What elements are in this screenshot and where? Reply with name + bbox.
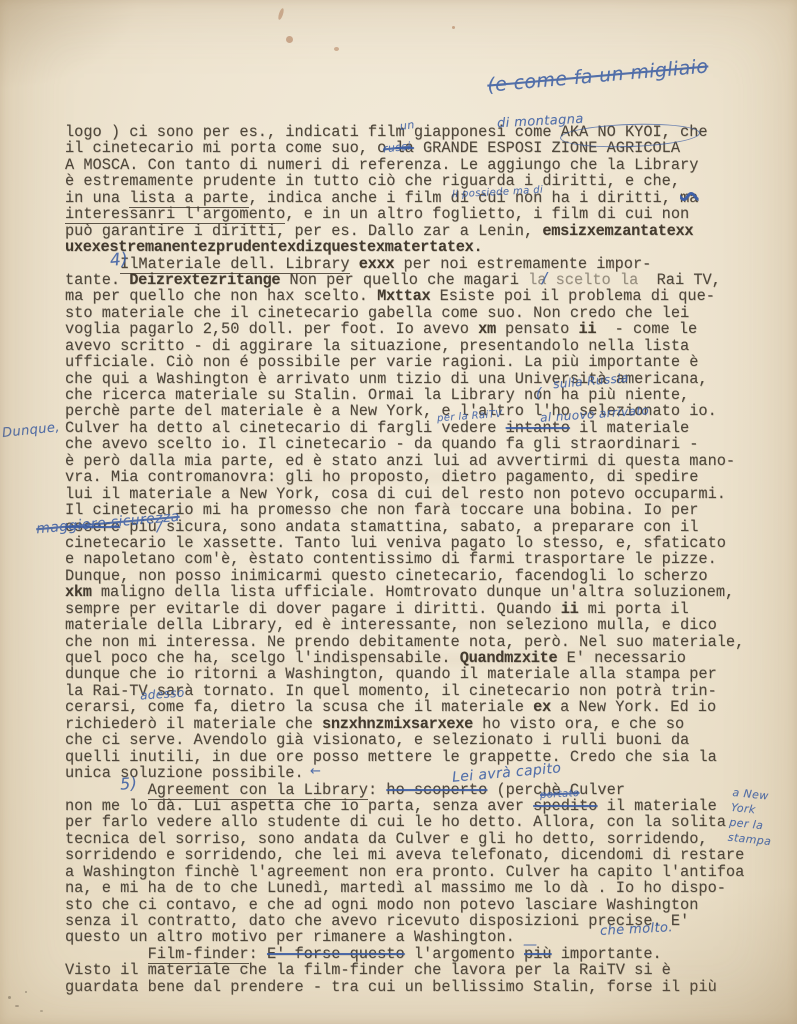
handwritten-note: 4) [109,248,130,273]
typed-segment: in una [65,189,129,207]
typed-line: sempre per evitarle di dover pagare i di… [65,601,775,617]
handwritten-note: — [523,936,537,955]
handwritten-note: / [542,268,547,288]
typed-segment: ma [680,189,698,207]
handwritten-note: portato [540,787,580,803]
typed-line: non me lo dà. Lui aspetta che io parta, … [65,798,775,814]
speck-stain [15,1005,19,1007]
typed-segment: dunque che io ritorni a Washington, quan… [65,665,717,683]
typed-segment: senza il contratto, dato che avevo ricev… [65,912,689,930]
typed-line: na, e mi ha de to che Lunedì, martedì al… [65,880,775,896]
typed-line: unica soluzione possibile. [65,765,775,781]
typed-line: xkm maligno della lista ufficiale. Homtr… [65,584,775,600]
typed-line: che avevo scelto io. Il cinetecario - da… [65,436,775,452]
typed-segment: ufficiale. Ciò non é possibile per varie… [65,353,698,371]
typed-line: ufficiale. Ciò non é possibile per varie… [65,354,775,370]
typed-line: tecnica del sorriso, sono andata da Culv… [65,831,775,847]
typed-segment: pensato [496,320,579,338]
typed-line: per farlo vedere allo studente di cui le… [65,814,775,830]
typed-segment: ma per quello che non hax scelto. [65,287,377,305]
typed-segment: cinetecario le xassette. Tanto lui veniv… [65,534,726,552]
speck-stain [40,1010,43,1012]
typed-segment: Mxttax [377,287,430,305]
typed-line: ma per quello che non hax scelto. Mxttax… [65,288,775,304]
typed-segment: cerarsi, come fa, dietro la scusa che il… [65,698,533,716]
typed-line: Film-finder: E' forse questo l'argomento… [65,946,775,962]
typed-segment: sempre per evitarle di dover pagare i di… [65,600,561,618]
typed-line: cerarsi, come fa, dietro la scusa che il… [65,699,775,715]
typed-segment: il cinetecario mi porta come suo, o [65,139,395,157]
typed-line: che qui a Washington è arrivato unm tizi… [65,371,775,387]
typed-line: perchè parte del materiale è a New York,… [65,403,775,419]
typed-segment: lui il materiale a New York, cosa di cui… [65,485,726,503]
typed-line: e napoletano com'è, èstato contentissimo… [65,551,775,567]
typed-line: sorridendo e sorridendo, che lei mi avev… [65,847,775,863]
typed-line: richiederò il materiale che snzxhnzmixsa… [65,716,775,732]
typed-line: in una lista a parte, indica anche i fil… [65,190,775,206]
typed-segment: che ci serve. Avendolo già visionato, e … [65,731,689,749]
typed-segment: Deizrextezritange [129,271,280,289]
typed-segment: , e in un altro foglietto, i film di cui… [285,205,689,223]
typed-segment: snzxhnzmixsarxexe [322,715,473,733]
handwritten-note: / [157,516,162,536]
typed-segment: per farlo vedere allo studente di cui le… [65,813,726,831]
typed-line: avevo scritto - di aggirare la situazion… [65,338,775,354]
typed-line: il cinetecario mi porta come suo, o la G… [65,140,775,156]
typed-segment: avevo scritto - di aggirare la situazion… [65,337,689,355]
handwritten-note: ← [310,763,321,781]
typed-line: che non mi interessa. Ne prendo debitame… [65,634,775,650]
typed-text-block: logo ) ci sono per es., indicati film gi… [65,124,775,995]
typed-segment: e napoletano com'è, èstato contentissimo… [65,550,717,568]
rust-stain [286,36,293,43]
typed-segment: E' forse questo [267,945,405,963]
typed-line: voglia pagarlo 2,50 doll. per foot. Io a… [65,321,775,337]
handwritten-note: russi [382,140,411,158]
typed-segment: : [249,945,267,963]
typed-line: che ci serve. Avendolo già visionato, e … [65,732,775,748]
typed-segment: xkm [65,583,92,601]
typed-segment: ex [533,698,551,716]
typed-segment: exxx [359,255,395,273]
typed-segment: maligno della lista ufficiale. Homtrovat… [92,583,735,601]
typed-segment: unica soluzione possibile. [65,764,304,782]
typed-line: a Washington finchè l'agreement non era … [65,864,775,880]
typed-line: Dunque, non posso inimicarmi questo cine… [65,568,775,584]
typed-line: A MOSCA. Con tanto di numeri di referenz… [65,157,775,173]
typed-line: interessanri l'argomento, e in un altro … [65,206,775,222]
typed-segment: richiederò il materiale che [65,715,322,733]
typed-segment: A MOSCA. Con tanto di numeri di referenz… [65,156,698,174]
typed-line: tante. Deizrextezritange Non per quello … [65,272,775,288]
typed-segment: che avevo scelto io. Il cinetecario - da… [65,435,698,453]
typed-segment: voglia pagarlo 2,50 doll. per foot. Io a… [65,320,478,338]
typed-line: dunque che io ritorni a Washington, quan… [65,666,775,682]
typed-segment: guardata bene dal prendere - tra cui un … [65,978,717,996]
typed-segment: logo ) ci sono per es., indicati film gi… [65,123,708,141]
typed-segment: quel poco che ha, scelgo l'indispensabil… [65,649,460,667]
typed-line: sto materiale che il cinetecario gabella… [65,305,775,321]
typed-segment: che non mi interessa. Ne prendo debitame… [65,633,744,651]
typed-segment: - come le [596,320,697,338]
handwritten-note: (e come fa un migliaio [486,54,709,99]
typed-segment: questo un altro motivo per rimanere a Wa… [65,928,515,946]
typed-segment: può garantire i diritti, per es. Dallo z… [65,222,542,240]
typed-line: quel poco che ha, scelgo l'indispensabil… [65,650,775,666]
typed-line: logo ) ci sono per es., indicati film gi… [65,124,775,140]
typed-segment: materiale della Library, ed è interessan… [65,616,717,634]
typed-segment: Visto il materiale che la film-finder ch… [65,961,671,979]
handwritten-note: a New York per la stampa [727,786,777,850]
typed-segment: a Washington finchè l'agreement non era … [65,863,744,881]
typed-segment: non me lo dà. Lui aspetta che io parta, … [65,797,533,815]
typed-segment: sto che ci contavo, e che ad ogni modo n… [65,896,698,914]
typed-segment: na, e mi ha de to che Lunedì, martedì al… [65,879,726,897]
rust-stain [277,8,285,21]
typed-segment: Esiste poi il problema di que- [430,287,715,305]
typed-segment: Non per quello che magari [280,271,528,289]
typed-segment: Dunque, non posso inimicarmi questo cine… [65,567,708,585]
typed-segment: sto materiale che il cinetecario gabella… [65,304,689,322]
typed-segment: è estremamente prudente in tutto ciò che… [65,172,680,190]
handwritten-note: un [399,118,416,135]
speck-stain [25,991,27,993]
typed-line: materiale della Library, ed è interessan… [65,617,775,633]
typed-line: può garantire i diritti, per es. Dallo z… [65,223,775,239]
typed-line: sto che ci contavo, e che ad ogni modo n… [65,897,775,913]
typed-segment: mi porta il [578,600,688,618]
handwritten-note: adesso [139,684,185,703]
corner-shadow [0,0,140,90]
typed-line: è però dalla mia parte, ed è stato anzi … [65,453,775,469]
typed-line: è estremamente prudente in tutto ciò che… [65,173,775,189]
typed-line: cinetecario le xassette. Tanto lui veniv… [65,535,775,551]
typed-segment: più sicura, sono andata stamattina, saba… [120,518,698,536]
typed-line: Culver ha detto al cinetecario di fargli… [65,420,775,436]
typed-line: che ricerca materiale su Stalin. Ormai l… [65,387,775,403]
typed-segment: quelli inutili, in due ore posso mettere… [65,748,717,766]
typed-segment: ii [578,320,596,338]
letter-page: logo ) ci sono per es., indicati film gi… [0,0,797,1024]
typed-segment: emsizxemzantatexx [542,222,693,240]
typed-line: uxexestremanentezprudentexdizquestexmate… [65,239,775,255]
typed-line: quelli inutili, in due ore posso mettere… [65,749,775,765]
typed-segment [65,945,148,963]
typed-segment: l'argomento [405,945,524,963]
typed-line: Agreement con la Library: ho scoperto (p… [65,782,775,798]
typed-segment: è però dalla mia parte, ed è stato anzi … [65,452,735,470]
typed-segment: tante. [65,271,129,289]
typed-line: Visto il materiale che la film-finder ch… [65,962,775,978]
typed-line: vra. Mia contromanovra: gli ho proposto,… [65,469,775,485]
typed-line: guardata bene dal prendere - tra cui un … [65,979,775,995]
typed-segment: E' necessario [557,649,686,667]
typed-segment: sorridendo e sorridendo, che lei mi avev… [65,846,744,864]
typed-segment: GRANDE ESPOSI ZIONE AGRICOLA [414,139,680,157]
handwritten-note: 5) [119,772,138,795]
typed-segment: xm [478,320,496,338]
typed-segment: ho visto ora, e che so [473,715,684,733]
typed-segment: Rai TV, [638,271,721,289]
typed-segment [350,255,359,273]
speck-stain [8,996,11,999]
rust-stain [334,47,339,51]
typed-segment: il materiale [597,797,716,815]
handwritten-note: ( [536,385,542,404]
typed-segment: ii [561,600,579,618]
typed-segment: Quandmzxite [460,649,558,667]
typed-line: IlMateriale dell. Library exxx per noi e… [65,256,775,272]
typed-segment: tecnica del sorriso, sono andata da Culv… [65,830,708,848]
handwritten-note: Dunque, [1,419,60,443]
typed-segment: : [368,781,386,799]
typed-segment: per noi estremamente impor- [394,255,651,273]
rust-stain [452,26,455,29]
typed-line: lui il materiale a New York, cosa di cui… [65,486,775,502]
typed-segment: vra. Mia contromanovra: gli ho proposto,… [65,468,698,486]
typed-segment: a New York. Ed io [551,698,716,716]
typed-segment: importante. [552,945,662,963]
